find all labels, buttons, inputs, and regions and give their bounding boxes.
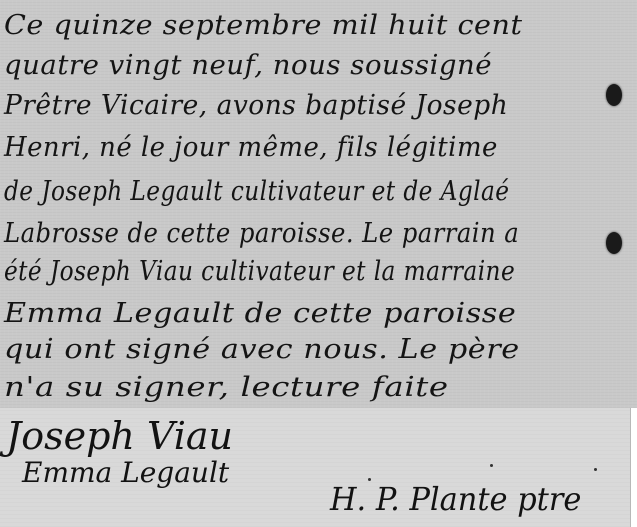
margin-ink-blot-2 <box>606 232 622 254</box>
body-line-10: n'a su signer, lecture faite <box>4 372 449 403</box>
register-scan-bottom: Joseph Viau Emma Legault H. P. Plante pt… <box>0 408 630 527</box>
paper-speck <box>368 478 371 481</box>
body-line-3: Prêtre Vicaire, avons baptisé Joseph <box>4 90 508 121</box>
body-line-2: quatre vingt neuf, nous soussigné <box>4 50 492 81</box>
page-edge-strip <box>630 408 637 527</box>
body-line-1: Ce quinze septembre mil huit cent <box>4 10 523 41</box>
paper-speck <box>490 464 493 467</box>
body-line-8: Emma Legault de cette paroisse <box>4 298 516 329</box>
body-line-9: qui ont signé avec nous. Le père <box>4 334 520 365</box>
signature-priest: H. P. Plante ptre <box>330 480 581 518</box>
body-line-4: Henri, né le jour même, fils légitime <box>4 132 498 163</box>
body-line-5: de Joseph Legault cultivateur et de Agla… <box>4 176 509 207</box>
body-line-7: été Joseph Viau cultivateur et la marrai… <box>4 256 515 287</box>
signature-godfather: Joseph Viau <box>6 414 233 458</box>
register-scan-top: Ce quinze septembre mil huit cent quatre… <box>0 0 637 408</box>
paper-speck <box>594 468 597 471</box>
margin-ink-blot-1 <box>606 84 622 106</box>
signature-godmother: Emma Legault <box>22 456 229 489</box>
document-viewer: Ce quinze septembre mil huit cent quatre… <box>0 0 637 527</box>
body-line-6: Labrosse de cette paroisse. Le parrain a <box>4 218 519 249</box>
